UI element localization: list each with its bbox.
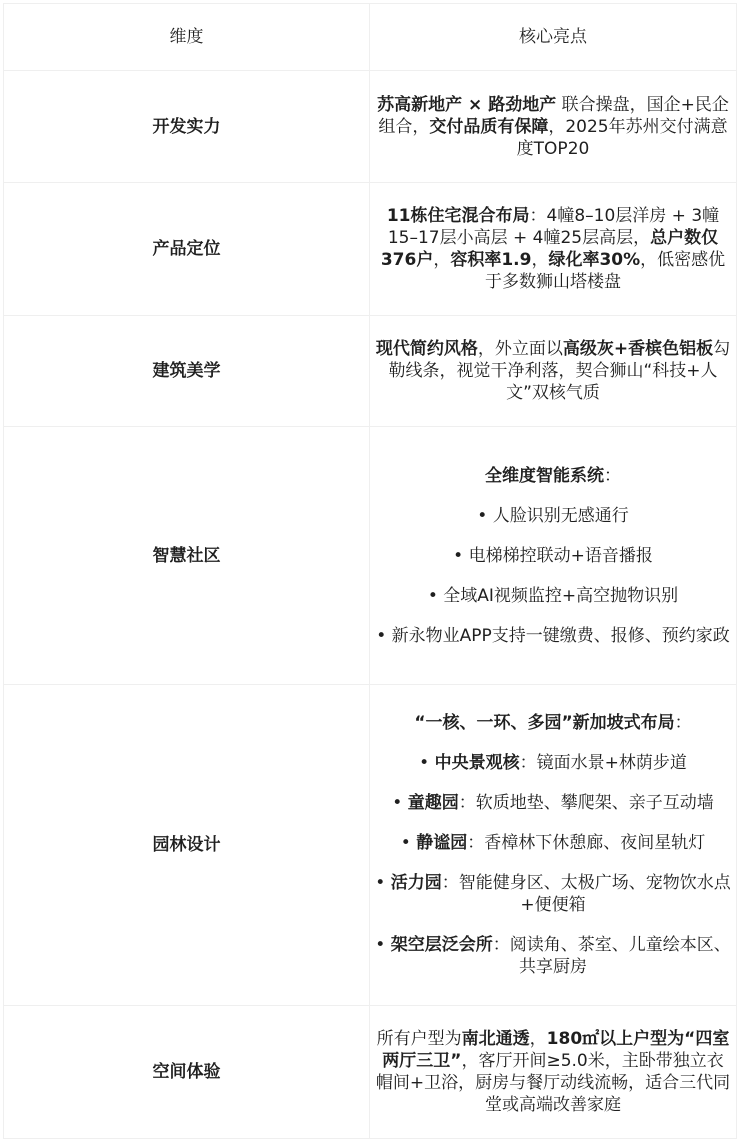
emphasis-text: 绿化率30% xyxy=(548,250,640,270)
bullet-item: 活力园：智能健身区、太极广场、宠物饮水点+便便箱 xyxy=(374,872,732,916)
highlight-paragraph: 所有户型为南北通透，180㎡以上户型为“四室两厅三卫”，客厅开间≥5.0米，主卧… xyxy=(374,1028,732,1116)
highlight-intro: 全维度智能系统： xyxy=(374,465,732,487)
header-dimension: 维度 xyxy=(4,4,370,71)
dimension-cell: 园林设计 xyxy=(4,685,370,1006)
body-text: ：阅读角、茶室、儿童绘本区、共享厨房 xyxy=(493,935,731,977)
body-text: ：智能健身区、太极广场、宠物饮水点+便便箱 xyxy=(442,873,731,915)
highlight-paragraph: 现代简约风格，外立面以高级灰+香槟色铝板勾勒线条，视觉干净利落，契合狮山“科技+… xyxy=(374,338,732,404)
bullet-item: 电梯梯控联动+语音播报 xyxy=(374,545,732,567)
bullet-item: 人脸识别无感通行 xyxy=(374,505,732,527)
emphasis-text: 高级灰+香槟色铝板 xyxy=(563,339,713,359)
highlight-intro: “一核、一环、多园”新加坡式布局： xyxy=(374,712,732,734)
bullet-item: 静谧园：香樟林下休憩廊、夜间星轨灯 xyxy=(374,832,732,854)
highlight-cell: 全维度智能系统：人脸识别无感通行电梯梯控联动+语音播报全域AI视频监控+高空抛物… xyxy=(370,427,737,685)
body-text: ， xyxy=(530,1029,547,1049)
bullet-item: 中央景观核：镜面水景+林荫步道 xyxy=(374,752,732,774)
bullet-item: 架空层泛会所：阅读角、茶室、儿童绘本区、共享厨房 xyxy=(374,934,732,978)
body-text: 人脸识别无感通行 xyxy=(493,506,629,526)
highlights-table: 维度 核心亮点 开发实力苏高新地产 × 路劲地产 联合操盘，国企+民企组合，交付… xyxy=(3,3,737,1139)
highlight-cell: 现代简约风格，外立面以高级灰+香槟色铝板勾勒线条，视觉干净利落，契合狮山“科技+… xyxy=(370,316,737,427)
body-text: ：香樟林下休憩廊、夜间星轨灯 xyxy=(467,833,705,853)
emphasis-text: 11栋住宅混合布局 xyxy=(387,206,530,226)
body-text: ：镜面水景+林荫步道 xyxy=(520,753,687,773)
emphasis-text: 静谧园 xyxy=(416,833,467,853)
emphasis-text: 南北通透 xyxy=(462,1029,530,1049)
body-text: ， xyxy=(433,250,450,270)
emphasis-text: “一核、一环、多园”新加坡式布局 xyxy=(414,713,674,733)
emphasis-text: 中央景观核 xyxy=(435,753,520,773)
body-text: ，外立面以 xyxy=(478,339,563,359)
table-row: 产品定位11栋住宅混合布局：4幢8–10层洋房 + 3幢15–17层小高层 + … xyxy=(4,183,737,316)
dimension-cell: 建筑美学 xyxy=(4,316,370,427)
header-highlights: 核心亮点 xyxy=(370,4,737,71)
emphasis-text: 童趣园 xyxy=(408,793,459,813)
emphasis-text: 活力园 xyxy=(391,873,442,893)
body-text: ： xyxy=(675,713,692,733)
highlight-cell: “一核、一环、多园”新加坡式布局：中央景观核：镜面水景+林荫步道童趣园：软质地垫… xyxy=(370,685,737,1006)
header-row: 维度 核心亮点 xyxy=(4,4,737,71)
highlight-paragraph: 苏高新地产 × 路劲地产 联合操盘，国企+民企组合，交付品质有保障，2025年苏… xyxy=(374,94,732,160)
bullet-item: 童趣园：软质地垫、攀爬架、亲子互动墙 xyxy=(374,792,732,814)
highlight-cell: 苏高新地产 × 路劲地产 联合操盘，国企+民企组合，交付品质有保障，2025年苏… xyxy=(370,71,737,183)
emphasis-text: 全维度智能系统 xyxy=(485,466,604,486)
table-row: 空间体验所有户型为南北通透，180㎡以上户型为“四室两厅三卫”，客厅开间≥5.0… xyxy=(4,1006,737,1139)
highlight-cell: 11栋住宅混合布局：4幢8–10层洋房 + 3幢15–17层小高层 + 4幢25… xyxy=(370,183,737,316)
body-text: ， xyxy=(531,250,548,270)
bullet-item: 全域AI视频监控+高空抛物识别 xyxy=(374,585,732,607)
body-text: 电梯梯控联动+语音播报 xyxy=(469,546,653,566)
table-row: 建筑美学现代简约风格，外立面以高级灰+香槟色铝板勾勒线条，视觉干净利落，契合狮山… xyxy=(4,316,737,427)
dimension-cell: 智慧社区 xyxy=(4,427,370,685)
body-text: 新永物业APP支持一键缴费、报修、预约家政 xyxy=(392,626,730,646)
body-text: ： xyxy=(604,466,621,486)
emphasis-text: 苏高新地产 × 路劲地产 xyxy=(377,95,556,115)
body-text: 所有户型为 xyxy=(377,1029,462,1049)
body-text: ，2025年苏州交付满意度TOP20 xyxy=(517,117,728,159)
table-row: 园林设计“一核、一环、多园”新加坡式布局：中央景观核：镜面水景+林荫步道童趣园：… xyxy=(4,685,737,1006)
emphasis-text: 容积率1.9 xyxy=(450,250,531,270)
emphasis-text: 架空层泛会所 xyxy=(391,935,493,955)
highlight-cell: 所有户型为南北通透，180㎡以上户型为“四室两厅三卫”，客厅开间≥5.0米，主卧… xyxy=(370,1006,737,1139)
dimension-cell: 产品定位 xyxy=(4,183,370,316)
highlight-paragraph: 11栋住宅混合布局：4幢8–10层洋房 + 3幢15–17层小高层 + 4幢25… xyxy=(374,205,732,293)
emphasis-text: 交付品质有保障 xyxy=(429,117,548,137)
emphasis-text: 现代简约风格 xyxy=(376,339,478,359)
dimension-cell: 空间体验 xyxy=(4,1006,370,1139)
body-text: ：软质地垫、攀爬架、亲子互动墙 xyxy=(459,793,714,813)
body-text: 全域AI视频监控+高空抛物识别 xyxy=(443,586,678,606)
table-row: 开发实力苏高新地产 × 路劲地产 联合操盘，国企+民企组合，交付品质有保障，20… xyxy=(4,71,737,183)
table-row: 智慧社区全维度智能系统：人脸识别无感通行电梯梯控联动+语音播报全域AI视频监控+… xyxy=(4,427,737,685)
bullet-item: 新永物业APP支持一键缴费、报修、预约家政 xyxy=(374,625,732,647)
dimension-cell: 开发实力 xyxy=(4,71,370,183)
